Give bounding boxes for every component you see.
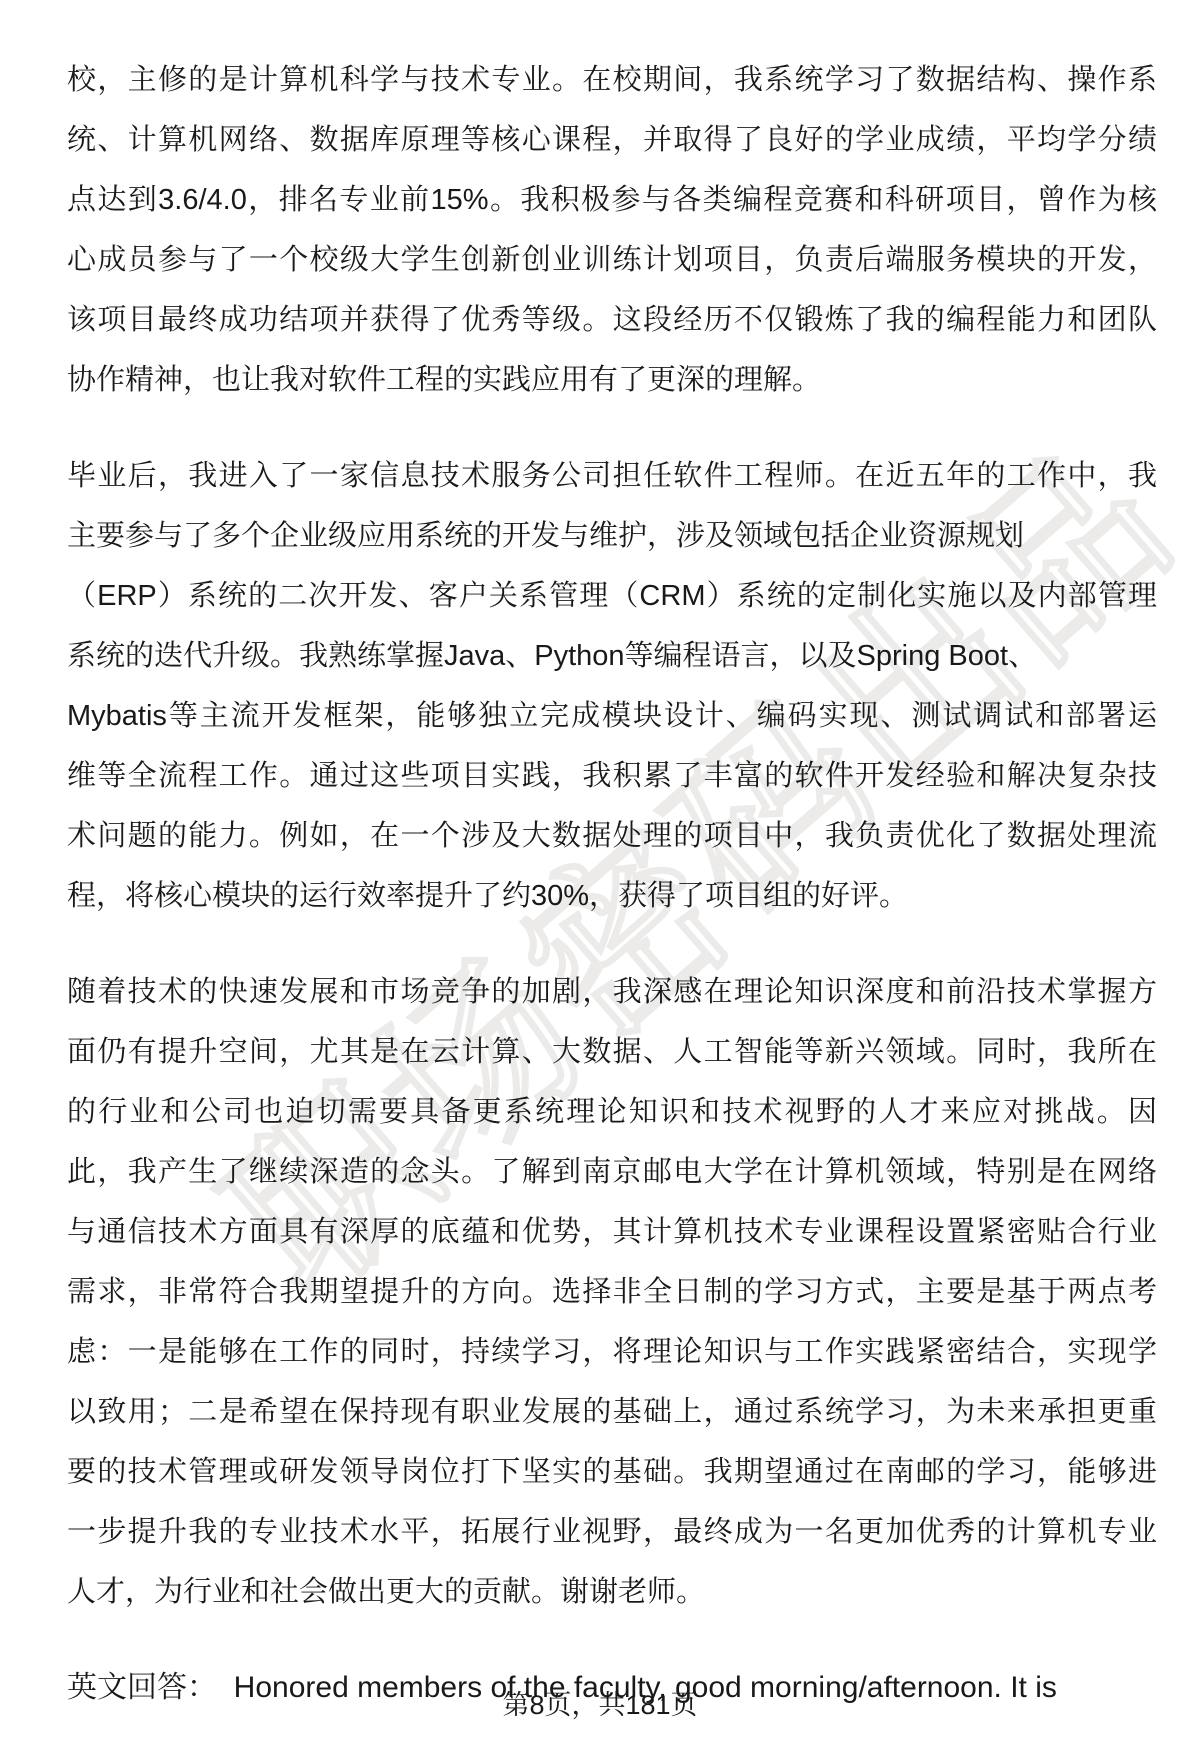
text-line: 毕业后，我进入了一家信息技术服务公司担任软件工程师。在近五年的工作中，我 xyxy=(67,446,1157,506)
page-number-footer: 第8页，共181页 xyxy=(0,1688,1200,1722)
text-line: 协作精神，也让我对软件工程的实践应用有了更深的理解。 xyxy=(67,350,1157,410)
text-line: 此，我产生了继续深造的念头。了解到南京邮电大学在计算机领域，特别是在网络 xyxy=(67,1142,1157,1202)
paragraph-2: 毕业后，我进入了一家信息技术服务公司担任软件工程师。在近五年的工作中，我主要参与… xyxy=(67,446,1157,926)
text-line: 维等全流程工作。通过这些项目实践，我积累了丰富的软件开发经验和解决复杂技 xyxy=(67,746,1157,806)
text-line: 需求，非常符合我期望提升的方向。选择非全日制的学习方式，主要是基于两点考 xyxy=(67,1262,1157,1322)
text-line: 面仍有提升空间，尤其是在云计算、大数据、人工智能等新兴领域。同时，我所在 xyxy=(67,1022,1157,1082)
text-line: Mybatis等主流开发框架，能够独立完成模块设计、编码实现、测试调试和部署运 xyxy=(67,686,1157,746)
text-line: 程，将核心模块的运行效率提升了约30%，获得了项目组的好评。 xyxy=(67,866,1157,926)
text-line: 该项目最终成功结项并获得了优秀等级。这段经历不仅锻炼了我的编程能力和团队 xyxy=(67,290,1157,350)
text-line: 虑：一是能够在工作的同时，持续学习，将理论知识与工作实践紧密结合，实现学 xyxy=(67,1322,1157,1382)
text-line: 的行业和公司也迫切需要具备更系统理论知识和技术视野的人才来应对挑战。因 xyxy=(67,1082,1157,1142)
text-line: 系统的迭代升级。我熟练掌握Java、Python等编程语言，以及Spring B… xyxy=(67,626,1157,686)
text-line: 人才，为行业和社会做出更大的贡献。谢谢老师。 xyxy=(67,1562,1157,1622)
text-line: 主要参与了多个企业级应用系统的开发与维护，涉及领域包括企业资源规划 xyxy=(67,506,1157,566)
text-line: 统、计算机网络、数据库原理等核心课程，并取得了良好的学业成绩，平均学分绩 xyxy=(67,110,1157,170)
text-line: 心成员参与了一个校级大学生创新创业训练计划项目，负责后端服务模块的开发， xyxy=(67,230,1157,290)
paragraph-1: 校，主修的是计算机科学与技术专业。在校期间，我系统学习了数据结构、操作系统、计算… xyxy=(67,50,1157,410)
text-line: 与通信技术方面具有深厚的底蕴和优势，其计算机技术专业课程设置紧密贴合行业 xyxy=(67,1202,1157,1262)
text-line: 术问题的能力。例如，在一个涉及大数据处理的项目中，我负责优化了数据处理流 xyxy=(67,806,1157,866)
document-page: 职场密码出品 校，主修的是计算机科学与技术专业。在校期间，我系统学习了数据结构、… xyxy=(0,0,1200,1755)
text-line: 要的技术管理或研发领导岗位打下坚实的基础。我期望通过在南邮的学习，能够进 xyxy=(67,1442,1157,1502)
text-line: 点达到3.6/4.0，排名专业前15%。我积极参与各类编程竞赛和科研项目，曾作为… xyxy=(67,170,1157,230)
text-line: 以致用；二是希望在保持现有职业发展的基础上，通过系统学习，为未来承担更重 xyxy=(67,1382,1157,1442)
text-line: 随着技术的快速发展和市场竞争的加剧，我深感在理论知识深度和前沿技术掌握方 xyxy=(67,962,1157,1022)
paragraph-3: 随着技术的快速发展和市场竞争的加剧，我深感在理论知识深度和前沿技术掌握方面仍有提… xyxy=(67,962,1157,1622)
text-line: （ERP）系统的二次开发、客户关系管理（CRM）系统的定制化实施以及内部管理 xyxy=(67,566,1157,626)
text-line: 一步提升我的专业技术水平，拓展行业视野，最终成为一名更加优秀的计算机专业 xyxy=(67,1502,1157,1562)
text-line: 校，主修的是计算机科学与技术专业。在校期间，我系统学习了数据结构、操作系 xyxy=(67,50,1157,110)
document-body: 校，主修的是计算机科学与技术专业。在校期间，我系统学习了数据结构、操作系统、计算… xyxy=(67,50,1157,1754)
